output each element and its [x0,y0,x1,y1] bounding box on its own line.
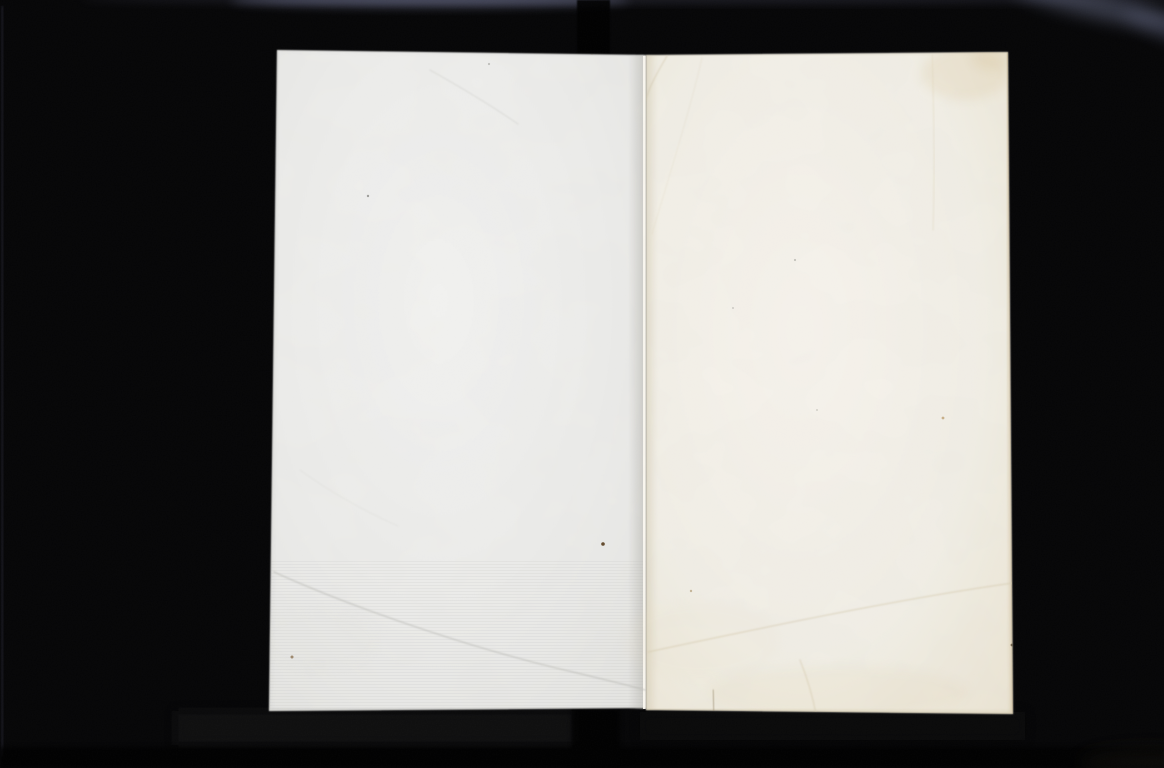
scanned-spread [0,0,1164,768]
photo-stage [0,0,1164,768]
film-grain [0,0,1164,768]
